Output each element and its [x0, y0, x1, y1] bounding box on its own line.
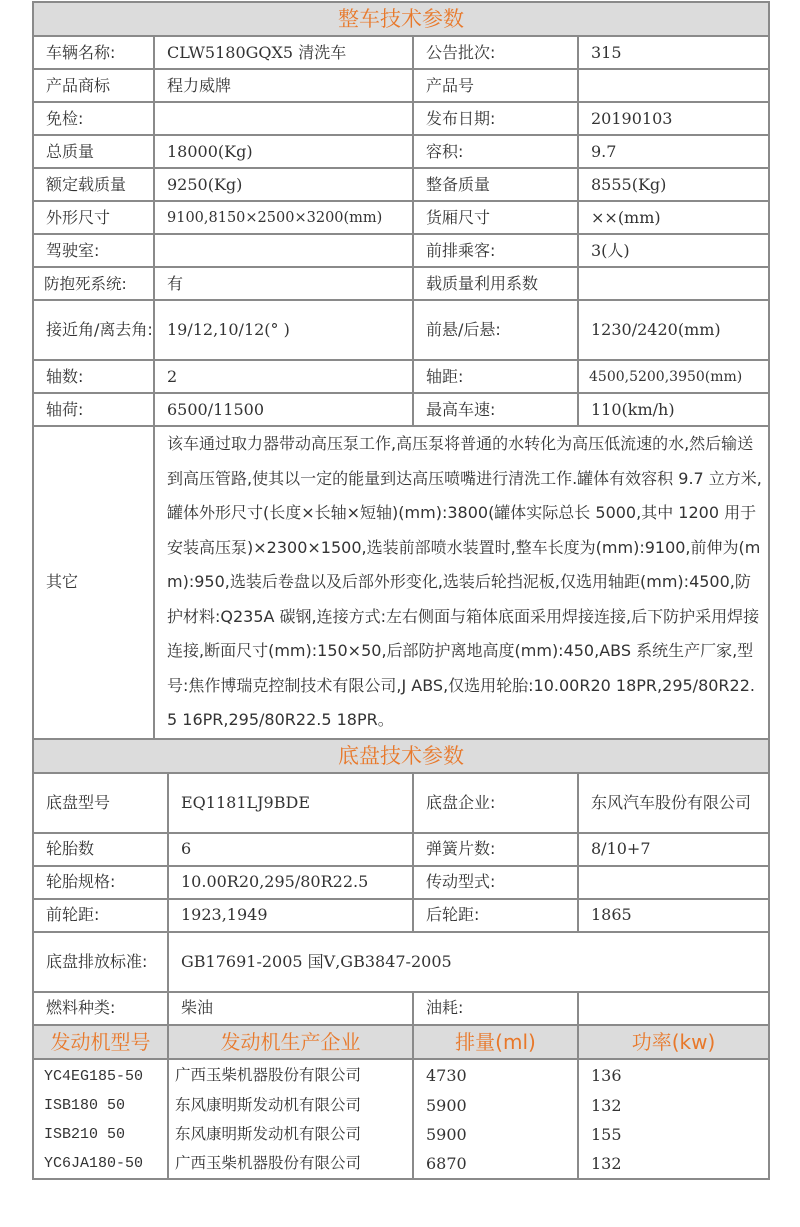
table-row: 轮胎规格: 10.00R20,295/80R22.5 传动型式:: [33, 866, 769, 899]
rear-track-label: 后轮距:: [413, 899, 578, 932]
engine-power: 136: [578, 1059, 769, 1091]
engine-model: ISB180 50: [33, 1091, 168, 1120]
exempt-label: 免检:: [33, 102, 154, 135]
volume-value: 9.7: [578, 135, 769, 168]
table-row: 轴数: 2 轴距: 4500,5200,3950(mm): [33, 360, 769, 393]
chassis-maker-value: 东风汽车股份有限公司: [578, 773, 769, 833]
dimensions-label: 外形尺寸: [33, 201, 154, 234]
cargo-size-label: 货厢尺寸: [413, 201, 578, 234]
curb-mass-value: 8555(Kg): [578, 168, 769, 201]
table-row: 驾驶室: 前排乘客: 3(人): [33, 234, 769, 267]
tire-spec-value: 10.00R20,295/80R22.5: [168, 866, 413, 899]
batch-value: 315: [578, 36, 769, 69]
abs-label: 防抱死系统:: [33, 267, 154, 300]
release-date-value: 20190103: [578, 102, 769, 135]
table-row: 产品商标 程力威牌 产品号: [33, 69, 769, 102]
vehicle-params-table: 整车技术参数 车辆名称: CLW5180GQX5 清洗车 公告批次: 315 产…: [32, 1, 770, 740]
product-no-value: [578, 69, 769, 102]
fuel-consumption-label: 油耗:: [413, 992, 578, 1025]
abs-value: 有: [154, 267, 413, 300]
axle-count-label: 轴数:: [33, 360, 154, 393]
engine-row: YC6JA180-50 广西玉柴机器股份有限公司 6870 132: [33, 1149, 769, 1179]
engine-table: 发动机型号 发动机生产企业 排量(ml) 功率(kw) YC4EG185-50 …: [32, 1024, 770, 1180]
drive-type-label: 传动型式:: [413, 866, 578, 899]
fuel-type-value: 柴油: [168, 992, 413, 1025]
table-row: 前轮距: 1923,1949 后轮距: 1865: [33, 899, 769, 932]
engine-table-header: 发动机型号 发动机生产企业 排量(ml) 功率(kw): [33, 1025, 769, 1059]
engine-power: 132: [578, 1091, 769, 1120]
engine-row: YC4EG185-50 广西玉柴机器股份有限公司 4730 136: [33, 1059, 769, 1091]
engine-maker: 东风康明斯发动机有限公司: [168, 1120, 413, 1149]
approach-departure-value: 19/12,10/12(° ): [154, 300, 413, 360]
gross-mass-value: 18000(Kg): [154, 135, 413, 168]
rated-load-value: 9250(Kg): [154, 168, 413, 201]
fuel-type-label: 燃料种类:: [33, 992, 168, 1025]
table-row: 总质量 18000(Kg) 容积: 9.7: [33, 135, 769, 168]
cab-label: 驾驶室:: [33, 234, 154, 267]
tire-count-value: 6: [168, 833, 413, 866]
vehicle-section-title: 整车技术参数: [33, 2, 769, 36]
engine-maker: 东风康明斯发动机有限公司: [168, 1091, 413, 1120]
table-row: 底盘型号 EQ1181LJ9BDE 底盘企业: 东风汽车股份有限公司: [33, 773, 769, 833]
exempt-value: [154, 102, 413, 135]
engine-power: 132: [578, 1149, 769, 1179]
table-row: 燃料种类: 柴油 油耗:: [33, 992, 769, 1025]
table-row: 轮胎数 6 弹簧片数: 8/10+7: [33, 833, 769, 866]
axle-load-label: 轴荷:: [33, 393, 154, 426]
table-row: 防抱死系统: 有 载质量利用系数: [33, 267, 769, 300]
release-date-label: 发布日期:: [413, 102, 578, 135]
displacement-header: 排量(ml): [413, 1025, 578, 1059]
table-row: 额定载质量 9250(Kg) 整备质量 8555(Kg): [33, 168, 769, 201]
volume-label: 容积:: [413, 135, 578, 168]
cargo-size-value: ××(mm): [578, 201, 769, 234]
cab-value: [154, 234, 413, 267]
table-row-other: 其它 该车通过取力器带动高压泵工作,高压泵将普通的水转化为高压低流速的水,然后输…: [33, 426, 769, 739]
gross-mass-label: 总质量: [33, 135, 154, 168]
engine-displacement: 6870: [413, 1149, 578, 1179]
overhang-value: 1230/2420(mm): [578, 300, 769, 360]
engine-model-header: 发动机型号: [33, 1025, 168, 1059]
load-factor-label: 载质量利用系数: [413, 267, 578, 300]
engine-displacement: 5900: [413, 1091, 578, 1120]
table-row: 车辆名称: CLW5180GQX5 清洗车 公告批次: 315: [33, 36, 769, 69]
vehicle-name-label: 车辆名称:: [33, 36, 154, 69]
vehicle-name-value: CLW5180GQX5 清洗车: [154, 36, 413, 69]
overhang-label: 前悬/后悬:: [413, 300, 578, 360]
chassis-section-title: 底盘技术参数: [33, 739, 769, 773]
product-no-label: 产品号: [413, 69, 578, 102]
engine-maker: 广西玉柴机器股份有限公司: [168, 1059, 413, 1091]
tire-count-label: 轮胎数: [33, 833, 168, 866]
fuel-consumption-value: [578, 992, 769, 1025]
front-track-label: 前轮距:: [33, 899, 168, 932]
table-row: 接近角/离去角: 19/12,10/12(° ) 前悬/后悬: 1230/242…: [33, 300, 769, 360]
tire-spec-label: 轮胎规格:: [33, 866, 168, 899]
engine-maker-header: 发动机生产企业: [168, 1025, 413, 1059]
front-track-value: 1923,1949: [168, 899, 413, 932]
engine-row: ISB180 50 东风康明斯发动机有限公司 5900 132: [33, 1091, 769, 1120]
front-passengers-value: 3(人): [578, 234, 769, 267]
front-passengers-label: 前排乘客:: [413, 234, 578, 267]
other-description: 该车通过取力器带动高压泵工作,高压泵将普通的水转化为高压低流速的水,然后输送到高…: [154, 426, 769, 739]
engine-row: ISB210 50 东风康明斯发动机有限公司 5900 155: [33, 1120, 769, 1149]
engine-power: 155: [578, 1120, 769, 1149]
spring-leaves-label: 弹簧片数:: [413, 833, 578, 866]
approach-departure-label: 接近角/离去角:: [33, 300, 154, 360]
chassis-params-table: 底盘技术参数 底盘型号 EQ1181LJ9BDE 底盘企业: 东风汽车股份有限公…: [32, 738, 770, 1026]
engine-displacement: 4730: [413, 1059, 578, 1091]
dimensions-value: 9100,8150×2500×3200(mm): [154, 201, 413, 234]
engine-model: YC4EG185-50: [33, 1059, 168, 1091]
table-row: 免检: 发布日期: 20190103: [33, 102, 769, 135]
max-speed-label: 最高车速:: [413, 393, 578, 426]
table-row: 底盘排放标准: GB17691-2005 国Ⅴ,GB3847-2005: [33, 932, 769, 992]
drive-type-value: [578, 866, 769, 899]
brand-label: 产品商标: [33, 69, 154, 102]
other-label: 其它: [33, 426, 154, 739]
engine-model: YC6JA180-50: [33, 1149, 168, 1179]
engine-model: ISB210 50: [33, 1120, 168, 1149]
axle-count-value: 2: [154, 360, 413, 393]
table-row: 外形尺寸 9100,8150×2500×3200(mm) 货厢尺寸 ××(mm): [33, 201, 769, 234]
emission-label: 底盘排放标准:: [33, 932, 168, 992]
brand-value: 程力威牌: [154, 69, 413, 102]
chassis-maker-label: 底盘企业:: [413, 773, 578, 833]
wheelbase-value: 4500,5200,3950(mm): [578, 360, 769, 393]
rated-load-label: 额定载质量: [33, 168, 154, 201]
table-row: 轴荷: 6500/11500 最高车速: 110(km/h): [33, 393, 769, 426]
batch-label: 公告批次:: [413, 36, 578, 69]
axle-load-value: 6500/11500: [154, 393, 413, 426]
chassis-model-label: 底盘型号: [33, 773, 168, 833]
rear-track-value: 1865: [578, 899, 769, 932]
chassis-model-value: EQ1181LJ9BDE: [168, 773, 413, 833]
engine-maker: 广西玉柴机器股份有限公司: [168, 1149, 413, 1179]
wheelbase-label: 轴距:: [413, 360, 578, 393]
spec-sheet: 整车技术参数 车辆名称: CLW5180GQX5 清洗车 公告批次: 315 产…: [32, 1, 768, 1180]
emission-value: GB17691-2005 国Ⅴ,GB3847-2005: [168, 932, 769, 992]
max-speed-value: 110(km/h): [578, 393, 769, 426]
engine-displacement: 5900: [413, 1120, 578, 1149]
spring-leaves-value: 8/10+7: [578, 833, 769, 866]
load-factor-value: [578, 267, 769, 300]
power-header: 功率(kw): [578, 1025, 769, 1059]
curb-mass-label: 整备质量: [413, 168, 578, 201]
